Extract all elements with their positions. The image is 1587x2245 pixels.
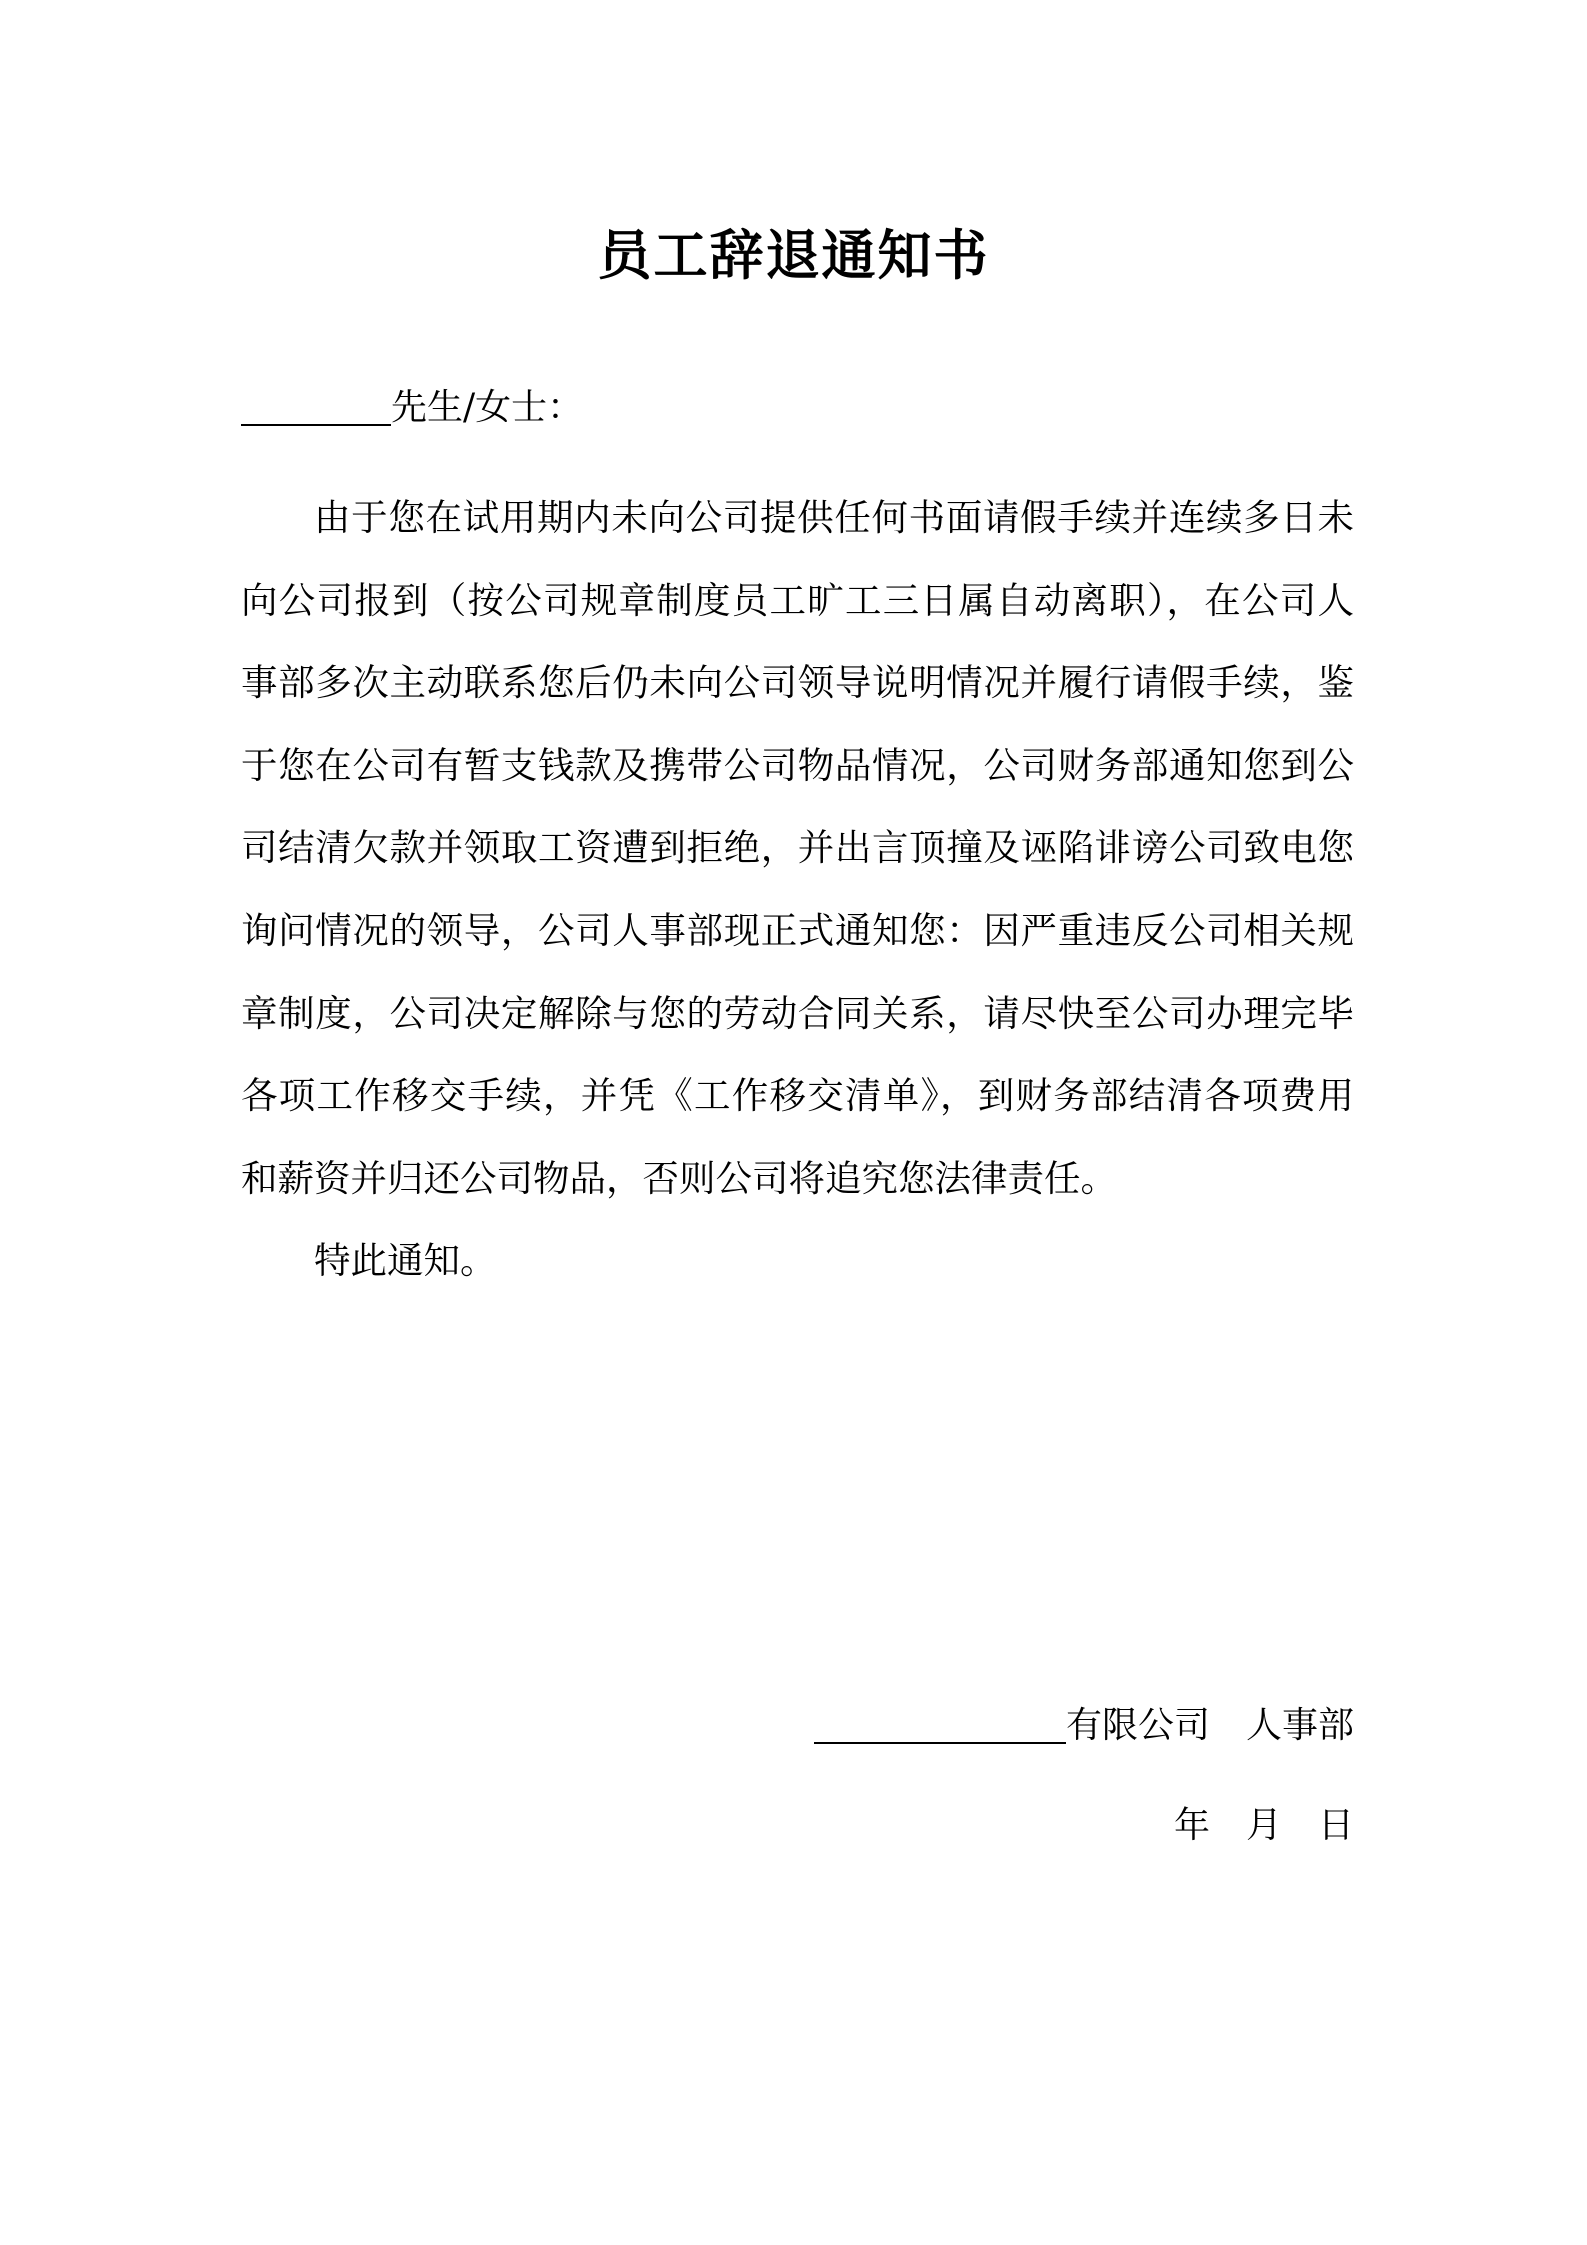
date-year: 年 xyxy=(1174,1802,1210,1850)
notice-body: 由于您在试用期内未向公司提供任何书面请假手续并连续多日未向公司报到（按公司规章制… xyxy=(241,477,1354,1303)
salutation: 先生/女士： xyxy=(241,384,583,432)
closing-paragraph: 特此通知。 xyxy=(241,1220,1354,1303)
signature-block: 有限公司 人事部 xyxy=(814,1702,1354,1750)
document-title: 员工辞退通知书 xyxy=(0,222,1587,288)
name-blank-line xyxy=(241,384,391,426)
date-day: 日 xyxy=(1318,1802,1354,1850)
salutation-suffix: 先生/女士： xyxy=(391,384,583,432)
company-name-blank-line xyxy=(814,1702,1066,1744)
department-name: 人事部 xyxy=(1246,1702,1354,1750)
notice-paragraph: 由于您在试用期内未向公司提供任何书面请假手续并连续多日未向公司报到（按公司规章制… xyxy=(241,477,1354,1220)
company-suffix: 有限公司 xyxy=(1066,1702,1210,1750)
date-line: 年月日 xyxy=(1174,1802,1354,1850)
date-month: 月 xyxy=(1246,1802,1282,1850)
